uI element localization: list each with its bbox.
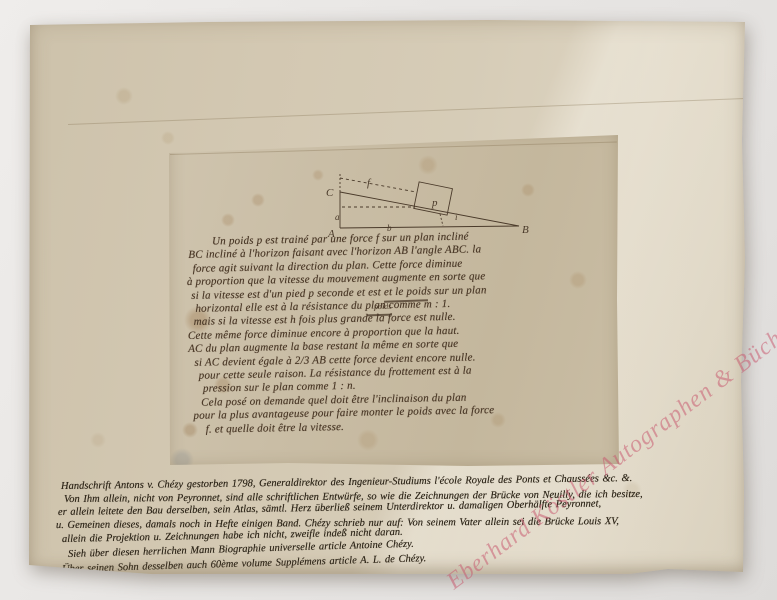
annotation-line: er allein leitete den Bau derselben, sei…	[58, 498, 601, 518]
album-mount-leaf: C A B f p a b i Un poids p est trainé pa…	[28, 20, 747, 574]
photo-of-manuscript: C A B f p a b i Un poids p est trainé pa…	[0, 0, 777, 600]
french-line: à proportion que la vitesse du mouvement…	[187, 268, 615, 290]
french-line: AC du plan augmente la base restant la m…	[188, 335, 616, 357]
annotation-line: allein die Projektion u. Zeichnungen hab…	[62, 527, 403, 545]
label-p: p	[431, 197, 438, 209]
french-line: pour la plus avantageuse pour faire mont…	[193, 402, 617, 424]
french-line: Cette même force diminue encore à propor…	[188, 322, 616, 344]
french-line: Cela posé on demande quel doit être l'in…	[201, 389, 617, 410]
triangle-hypotenuse-CB	[340, 192, 519, 226]
vertical-dashed-drop	[440, 214, 443, 226]
annotation-line: Über seinen Sohn desselben auch 60ème vo…	[62, 553, 427, 575]
annotation-line: u. Gemeinen dieses, damals noch in Hefte…	[56, 516, 619, 531]
strikethrough-mark	[384, 299, 428, 303]
label-B: B	[522, 224, 529, 236]
french-line: si la vitesse est d'un pied p seconde et…	[191, 281, 615, 303]
label-f: f	[367, 177, 372, 189]
weight-block	[414, 182, 453, 215]
french-line: mais si la vitesse est h fois plus grand…	[194, 308, 616, 330]
label-A: A	[327, 228, 335, 240]
french-line: si AC devient égale à 2/3 AB cette force…	[194, 348, 616, 370]
paper-crease-line	[68, 98, 758, 125]
annotation-line: Sieh über diesen herrlichen Mann Biograp…	[68, 539, 414, 560]
french-manuscript-text: Un poids p est trainé par une force f su…	[186, 228, 618, 437]
mount-paper: C A B f p a b i Un poids p est trainé pa…	[28, 20, 747, 574]
strikethrough-mark	[367, 314, 392, 317]
label-b: b	[387, 223, 392, 233]
label-C: C	[326, 187, 334, 199]
force-direction-dashed-line	[340, 178, 416, 192]
french-line: force agit suivant la direction du plan.…	[193, 255, 615, 277]
manuscript-top-edge-crease	[170, 142, 617, 155]
label-a: a	[335, 212, 340, 222]
superscript-correction: poids	[374, 302, 392, 312]
french-line: horizontal elle est à la résistance du p…	[195, 295, 615, 316]
triangle-base-AB	[340, 226, 519, 228]
annotation-line: Von Ihm allein, nicht von Peyronnet, sin…	[64, 489, 643, 505]
label-c: i	[455, 212, 458, 222]
manuscript-sheet: C A B f p a b i Un poids p est trainé pa…	[168, 130, 619, 467]
annotation-line: Handschrift Antons v. Chézy gestorben 17…	[61, 473, 632, 492]
french-line: pour cette seule raison. La résistance d…	[199, 362, 617, 383]
inclined-plane-diagram: C A B f p a b i	[266, 162, 538, 244]
french-line: BC incliné à l'horizon faisant avec l'ho…	[188, 241, 614, 263]
french-line: Un poids p est trainé par une force f su…	[212, 228, 614, 249]
french-line: f. et quelle doit être la vitesse.	[206, 415, 618, 436]
french-line: pression sur le plan comme 1 : n.	[203, 375, 617, 396]
